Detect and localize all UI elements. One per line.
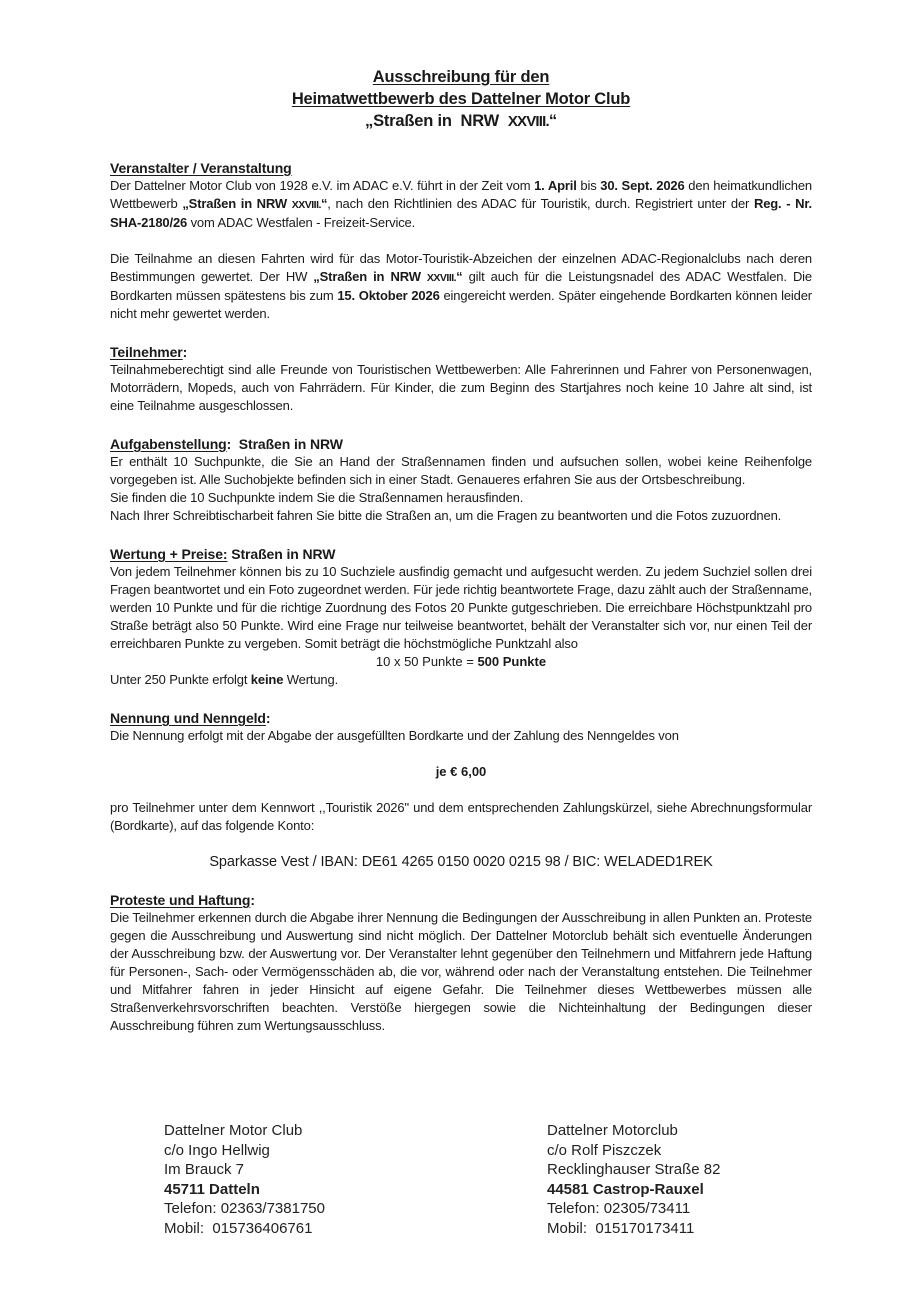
section-heading: Teilnehmer [110,344,183,360]
title-line-2: Heimatwettbewerb des Dattelner Motor Clu… [292,90,630,108]
contact-org: Dattelner Motor Club [164,1121,325,1141]
title-line-1: Ausschreibung für den [373,68,549,86]
paragraph: Die Teilnahme an diesen Fahrten wird für… [110,250,812,323]
section-teilnehmer: Teilnehmer: Teilnahmeberechtigt sind all… [110,343,812,415]
section-heading: Proteste und Haftung [110,892,250,908]
paragraph: Die Nennung erfolgt mit der Abgabe der a… [110,727,812,745]
paragraph: pro Teilnehmer unter dem Kennwort ,,Tour… [110,799,812,835]
contact-city: 45711 Datteln [164,1180,325,1200]
contact-street: Recklinghauser Straße 82 [547,1160,720,1180]
contact-street: Im Brauck 7 [164,1160,325,1180]
paragraph: Teilnahmeberechtigt sind alle Freunde vo… [110,361,812,415]
contact-block-castrop: Dattelner Motorclub c/o Rolf Piszczek Re… [547,1121,720,1238]
contact-org: Dattelner Motorclub [547,1121,720,1141]
bank-details: Sparkasse Vest / IBAN: DE61 4265 0150 00… [110,853,812,871]
section-wertung: Wertung + Preise: Straßen in NRW Von jed… [110,545,812,689]
title-line-3: „Straßen in NRW XXVIII.“ [110,110,812,133]
contact-block-datteln: Dattelner Motor Club c/o Ingo Hellwig Im… [164,1121,325,1238]
document-page: Ausschreibung für den Heimatwettbewerb d… [110,66,812,1035]
contact-mobile: Mobil: 015736406761 [164,1219,325,1239]
contact-mobile: Mobil: 015170173411 [547,1219,720,1239]
points-formula: 10 x 50 Punkte = 500 Punkte [110,653,812,671]
entry-fee: je € 6,00 [110,763,812,781]
section-aufgabenstellung: Aufgabenstellung: Straßen in NRW Er enth… [110,435,812,525]
paragraph: Der Dattelner Motor Club von 1928 e.V. i… [110,177,812,232]
section-veranstalter: Veranstalter / Veranstaltung Der Datteln… [110,159,812,323]
contact-care-of: c/o Rolf Piszczek [547,1141,720,1161]
paragraph: Die Teilnehmer erkennen durch die Abgabe… [110,909,812,1035]
section-nennung: Nennung und Nenngeld: Die Nennung erfolg… [110,709,812,871]
contact-addresses: Dattelner Motor Club c/o Ingo Hellwig Im… [164,1121,764,1241]
document-title: Ausschreibung für den Heimatwettbewerb d… [110,66,812,133]
section-proteste: Proteste und Haftung: Die Teilnehmer erk… [110,891,812,1035]
contact-city: 44581 Castrop-Rauxel [547,1180,720,1200]
paragraph: Sie finden die 10 Suchpunkte indem Sie d… [110,489,812,507]
contact-phone: Telefon: 02363/7381750 [164,1199,325,1219]
paragraph: Er enthält 10 Suchpunkte, die Sie an Han… [110,453,812,489]
section-heading: Veranstalter / Veranstaltung [110,160,292,176]
paragraph: Unter 250 Punkte erfolgt keine Wertung. [110,671,812,689]
contact-phone: Telefon: 02305/73411 [547,1199,720,1219]
section-heading: Nennung und Nenngeld [110,710,266,726]
paragraph: Nach Ihrer Schreibtischarbeit fahren Sie… [110,507,812,525]
paragraph: Von jedem Teilnehmer können bis zu 10 Su… [110,563,812,653]
section-heading: Aufgabenstellung [110,436,227,452]
section-heading: Wertung + Preise: [110,546,227,562]
contact-care-of: c/o Ingo Hellwig [164,1141,325,1161]
